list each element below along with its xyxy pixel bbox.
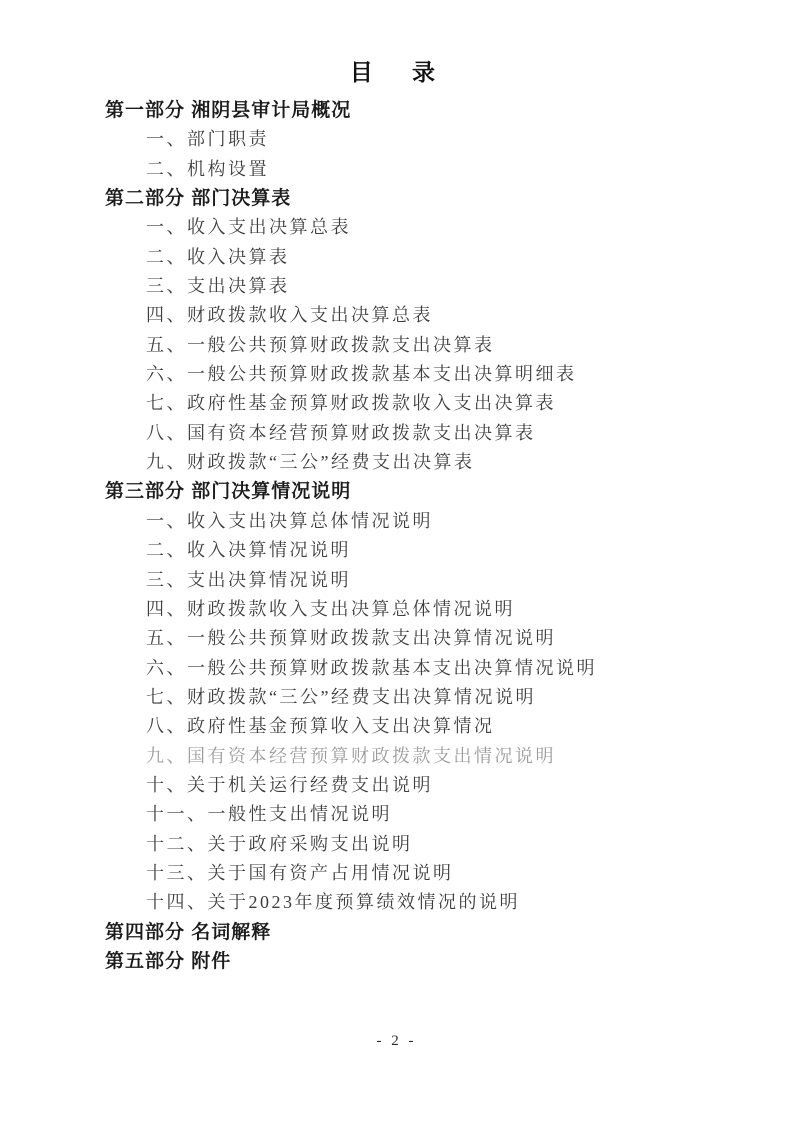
page-title: 目 录 (0, 54, 793, 87)
toc-section-heading-3: 第三部分 部门决算情况说明 (0, 477, 793, 506)
toc-item: 五、一般公共预算财政拨款支出决算表 (0, 331, 793, 360)
toc-item: 八、政府性基金预算收入支出决算情况 (0, 712, 793, 741)
toc-section-heading-5: 第五部分 附件 (0, 947, 793, 976)
toc-item-muted: 九、国有资本经营预算财政拨款支出情况说明 (0, 742, 793, 771)
document-page: 目 录 第一部分 湘阴县审计局概况 一、部门职责 二、机构设置 第二部分 部门决… (0, 0, 793, 1122)
toc-item: 十三、关于国有资产占用情况说明 (0, 859, 793, 888)
table-of-contents: 第一部分 湘阴县审计局概况 一、部门职责 二、机构设置 第二部分 部门决算表 一… (0, 96, 793, 976)
page-number: - 2 - (0, 1033, 793, 1050)
toc-item: 六、一般公共预算财政拨款基本支出决算明细表 (0, 360, 793, 389)
toc-item: 十四、关于2023年度预算绩效情况的说明 (0, 888, 793, 917)
toc-item: 二、机构设置 (0, 155, 793, 184)
toc-item: 四、财政拨款收入支出决算总表 (0, 301, 793, 330)
toc-item: 三、支出决算情况说明 (0, 566, 793, 595)
toc-item: 三、支出决算表 (0, 272, 793, 301)
toc-item: 五、一般公共预算财政拨款支出决算情况说明 (0, 624, 793, 653)
toc-section-heading-2: 第二部分 部门决算表 (0, 184, 793, 213)
toc-item: 六、一般公共预算财政拨款基本支出决算情况说明 (0, 654, 793, 683)
toc-item: 十二、关于政府采购支出说明 (0, 830, 793, 859)
toc-item: 一、部门职责 (0, 125, 793, 154)
toc-item: 七、财政拨款“三公”经费支出决算情况说明 (0, 683, 793, 712)
toc-item: 二、收入决算情况说明 (0, 536, 793, 565)
toc-item: 一、收入支出决算总体情况说明 (0, 507, 793, 536)
toc-item: 九、财政拨款“三公”经费支出决算表 (0, 448, 793, 477)
toc-item: 八、国有资本经营预算财政拨款支出决算表 (0, 419, 793, 448)
toc-item: 十、关于机关运行经费支出说明 (0, 771, 793, 800)
toc-item: 四、财政拨款收入支出决算总体情况说明 (0, 595, 793, 624)
toc-item: 七、政府性基金预算财政拨款收入支出决算表 (0, 389, 793, 418)
toc-item: 十一、一般性支出情况说明 (0, 800, 793, 829)
toc-item: 一、收入支出决算总表 (0, 213, 793, 242)
toc-section-heading-4: 第四部分 名词解释 (0, 918, 793, 947)
toc-item: 二、收入决算表 (0, 243, 793, 272)
toc-section-heading-1: 第一部分 湘阴县审计局概况 (0, 96, 793, 125)
